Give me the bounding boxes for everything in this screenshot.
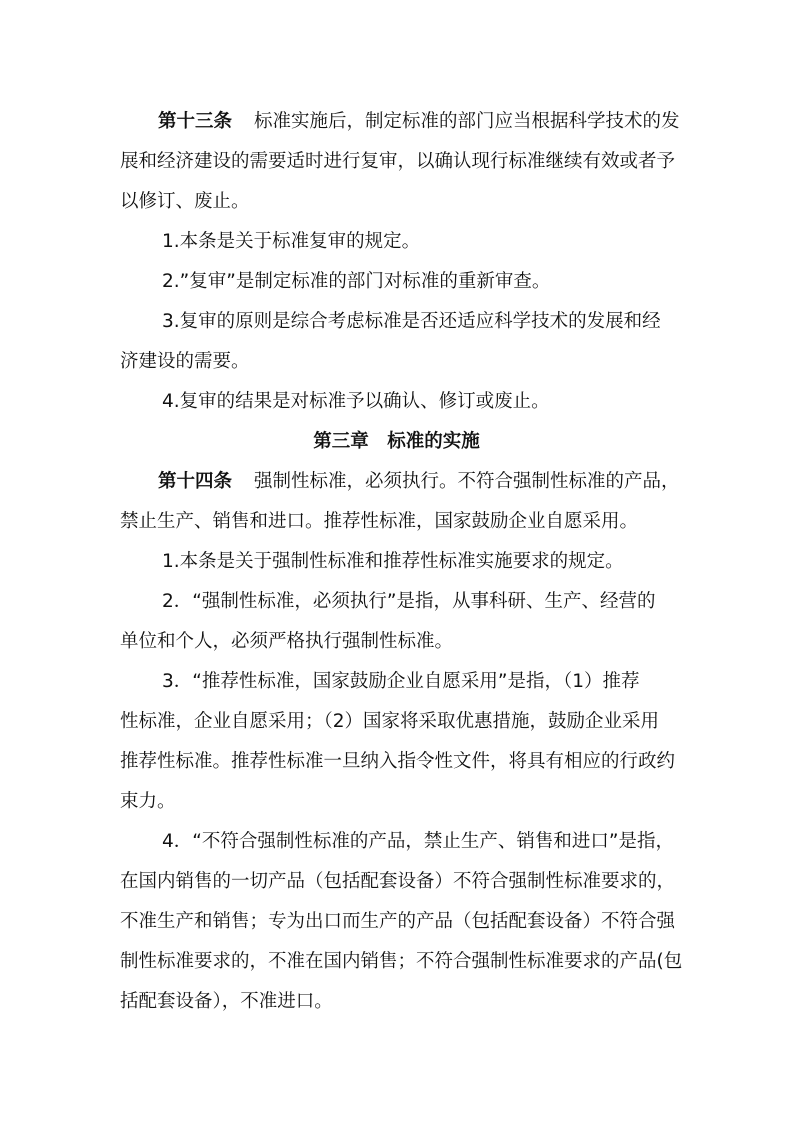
article-14-note-3: 3．“推荐性标准，国家鼓励企业自愿采用”是指，（1）推荐 [162, 670, 639, 694]
article-13-note-2: 2.”复审”是制定标准的部门对标准的重新审查。 [162, 270, 550, 294]
article-13-note-3: 3.复审的原则是综合考虑标准是否还适应科学技术的发展和经 [162, 310, 661, 334]
article-14-note-3-cont-2: 推荐性标准。推荐性标准一旦纳入指令性文件，将具有相应的行政约 [120, 750, 675, 774]
article-13-note-1: 1.本条是关于标准复审的规定。 [162, 230, 420, 254]
article-13-text-line-1: 标准实施后，制定标准的部门应当根据科学技术的发 [254, 111, 680, 132]
article-14-note-2: 2．“强制性标准，必须执行”是指，从事科研、生产、经营的 [162, 590, 655, 614]
article-14-text-line-2: 禁止生产、销售和进口。推荐性标准，国家鼓励企业自愿采用。 [120, 510, 638, 534]
article-14-note-4: 4．“不符合强制性标准的产品，禁止生产、销售和进口”是指， [162, 830, 674, 854]
article-14-note-3-cont-1: 性标准，企业自愿采用；（2）国家将采取优惠措施，鼓励企业采用 [120, 710, 659, 734]
article-14-note-3-cont-3: 束力。 [120, 790, 176, 814]
article-14-note-4-cont-4: 括配套设备），不准进口。 [120, 990, 333, 1014]
article-13-text-line-2: 展和经济建设的需要适时进行复审，以确认现行标准继续有效或者予 [120, 150, 675, 174]
article-14-label: 第十四条 [158, 471, 232, 492]
article-14-text-line-1: 强制性标准，必须执行。不符合强制性标准的产品， [254, 471, 680, 492]
document-page: 第十三条标准实施后，制定标准的部门应当根据科学技术的发 展和经济建设的需要适时进… [0, 0, 793, 1122]
article-14-note-2-cont: 单位和个人，必须严格执行强制性标准。 [120, 630, 453, 654]
article-13-note-3-cont: 济建设的需要。 [120, 350, 250, 374]
article-13-label: 第十三条 [158, 111, 232, 132]
article-13-text-line-3: 以修订、废止。 [120, 190, 250, 214]
article-14-note-4-cont-3: 制性标准要求的，不准在国内销售；不符合强制性标准要求的产品(包 [120, 950, 682, 974]
article-14-note-4-cont-1: 在国内销售的一切产品（包括配套设备）不符合强制性标准要求的， [120, 870, 675, 894]
article-14-first-line: 第十四条强制性标准，必须执行。不符合强制性标准的产品， [158, 470, 680, 494]
article-14-note-4-cont-2: 不准生产和销售；专为出口而生产的产品（包括配套设备）不符合强 [120, 910, 675, 934]
chapter-3-heading: 第三章 标准的实施 [0, 430, 793, 454]
article-13-first-line: 第十三条标准实施后，制定标准的部门应当根据科学技术的发 [158, 110, 680, 134]
article-14-note-1: 1.本条是关于强制性标准和推荐性标准实施要求的规定。 [162, 550, 624, 574]
article-13-note-4: 4.复审的结果是对标准予以确认、修订或废止。 [162, 390, 550, 414]
